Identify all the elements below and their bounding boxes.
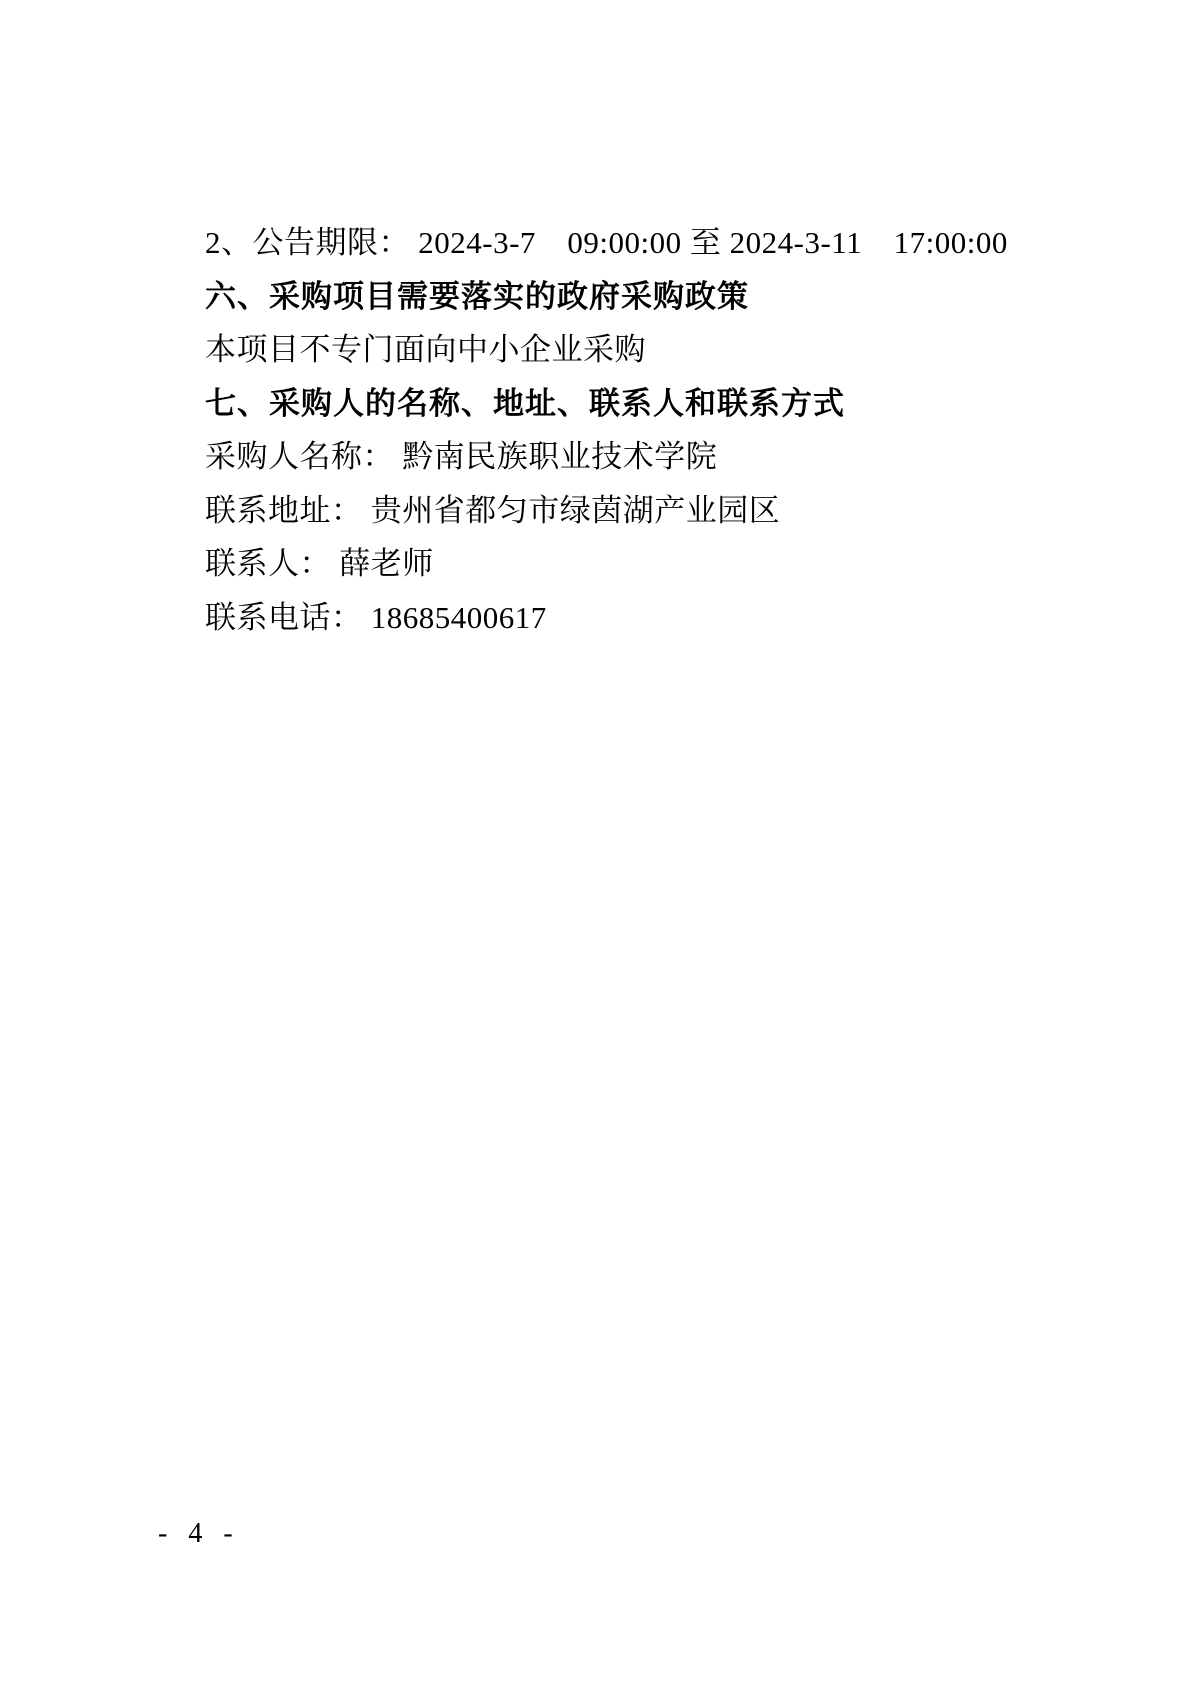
line-announcement-period: 2、公告期限： 2024-3-7 09:00:00 至 2024-3-11 17…	[205, 216, 1155, 270]
line-contact-phone: 联系电话： 18685400617	[205, 591, 1155, 645]
heading-section-6-procurement-policy: 六、采购项目需要落实的政府采购政策	[205, 270, 1155, 324]
line-purchaser-name: 采购人名称： 黔南民族职业技术学院	[205, 430, 1155, 484]
heading-section-7-purchaser-contact: 七、采购人的名称、地址、联系人和联系方式	[205, 377, 1155, 431]
line-smb-policy: 本项目不专门面向中小企业采购	[205, 323, 1155, 377]
document-body: 2、公告期限： 2024-3-7 09:00:00 至 2024-3-11 17…	[205, 216, 1155, 644]
page-number: - 4 -	[158, 1514, 240, 1554]
line-contact-person: 联系人： 薛老师	[205, 537, 1155, 591]
document-page: 2、公告期限： 2024-3-7 09:00:00 至 2024-3-11 17…	[0, 0, 1191, 1684]
line-contact-address: 联系地址： 贵州省都匀市绿茵湖产业园区	[205, 484, 1155, 538]
